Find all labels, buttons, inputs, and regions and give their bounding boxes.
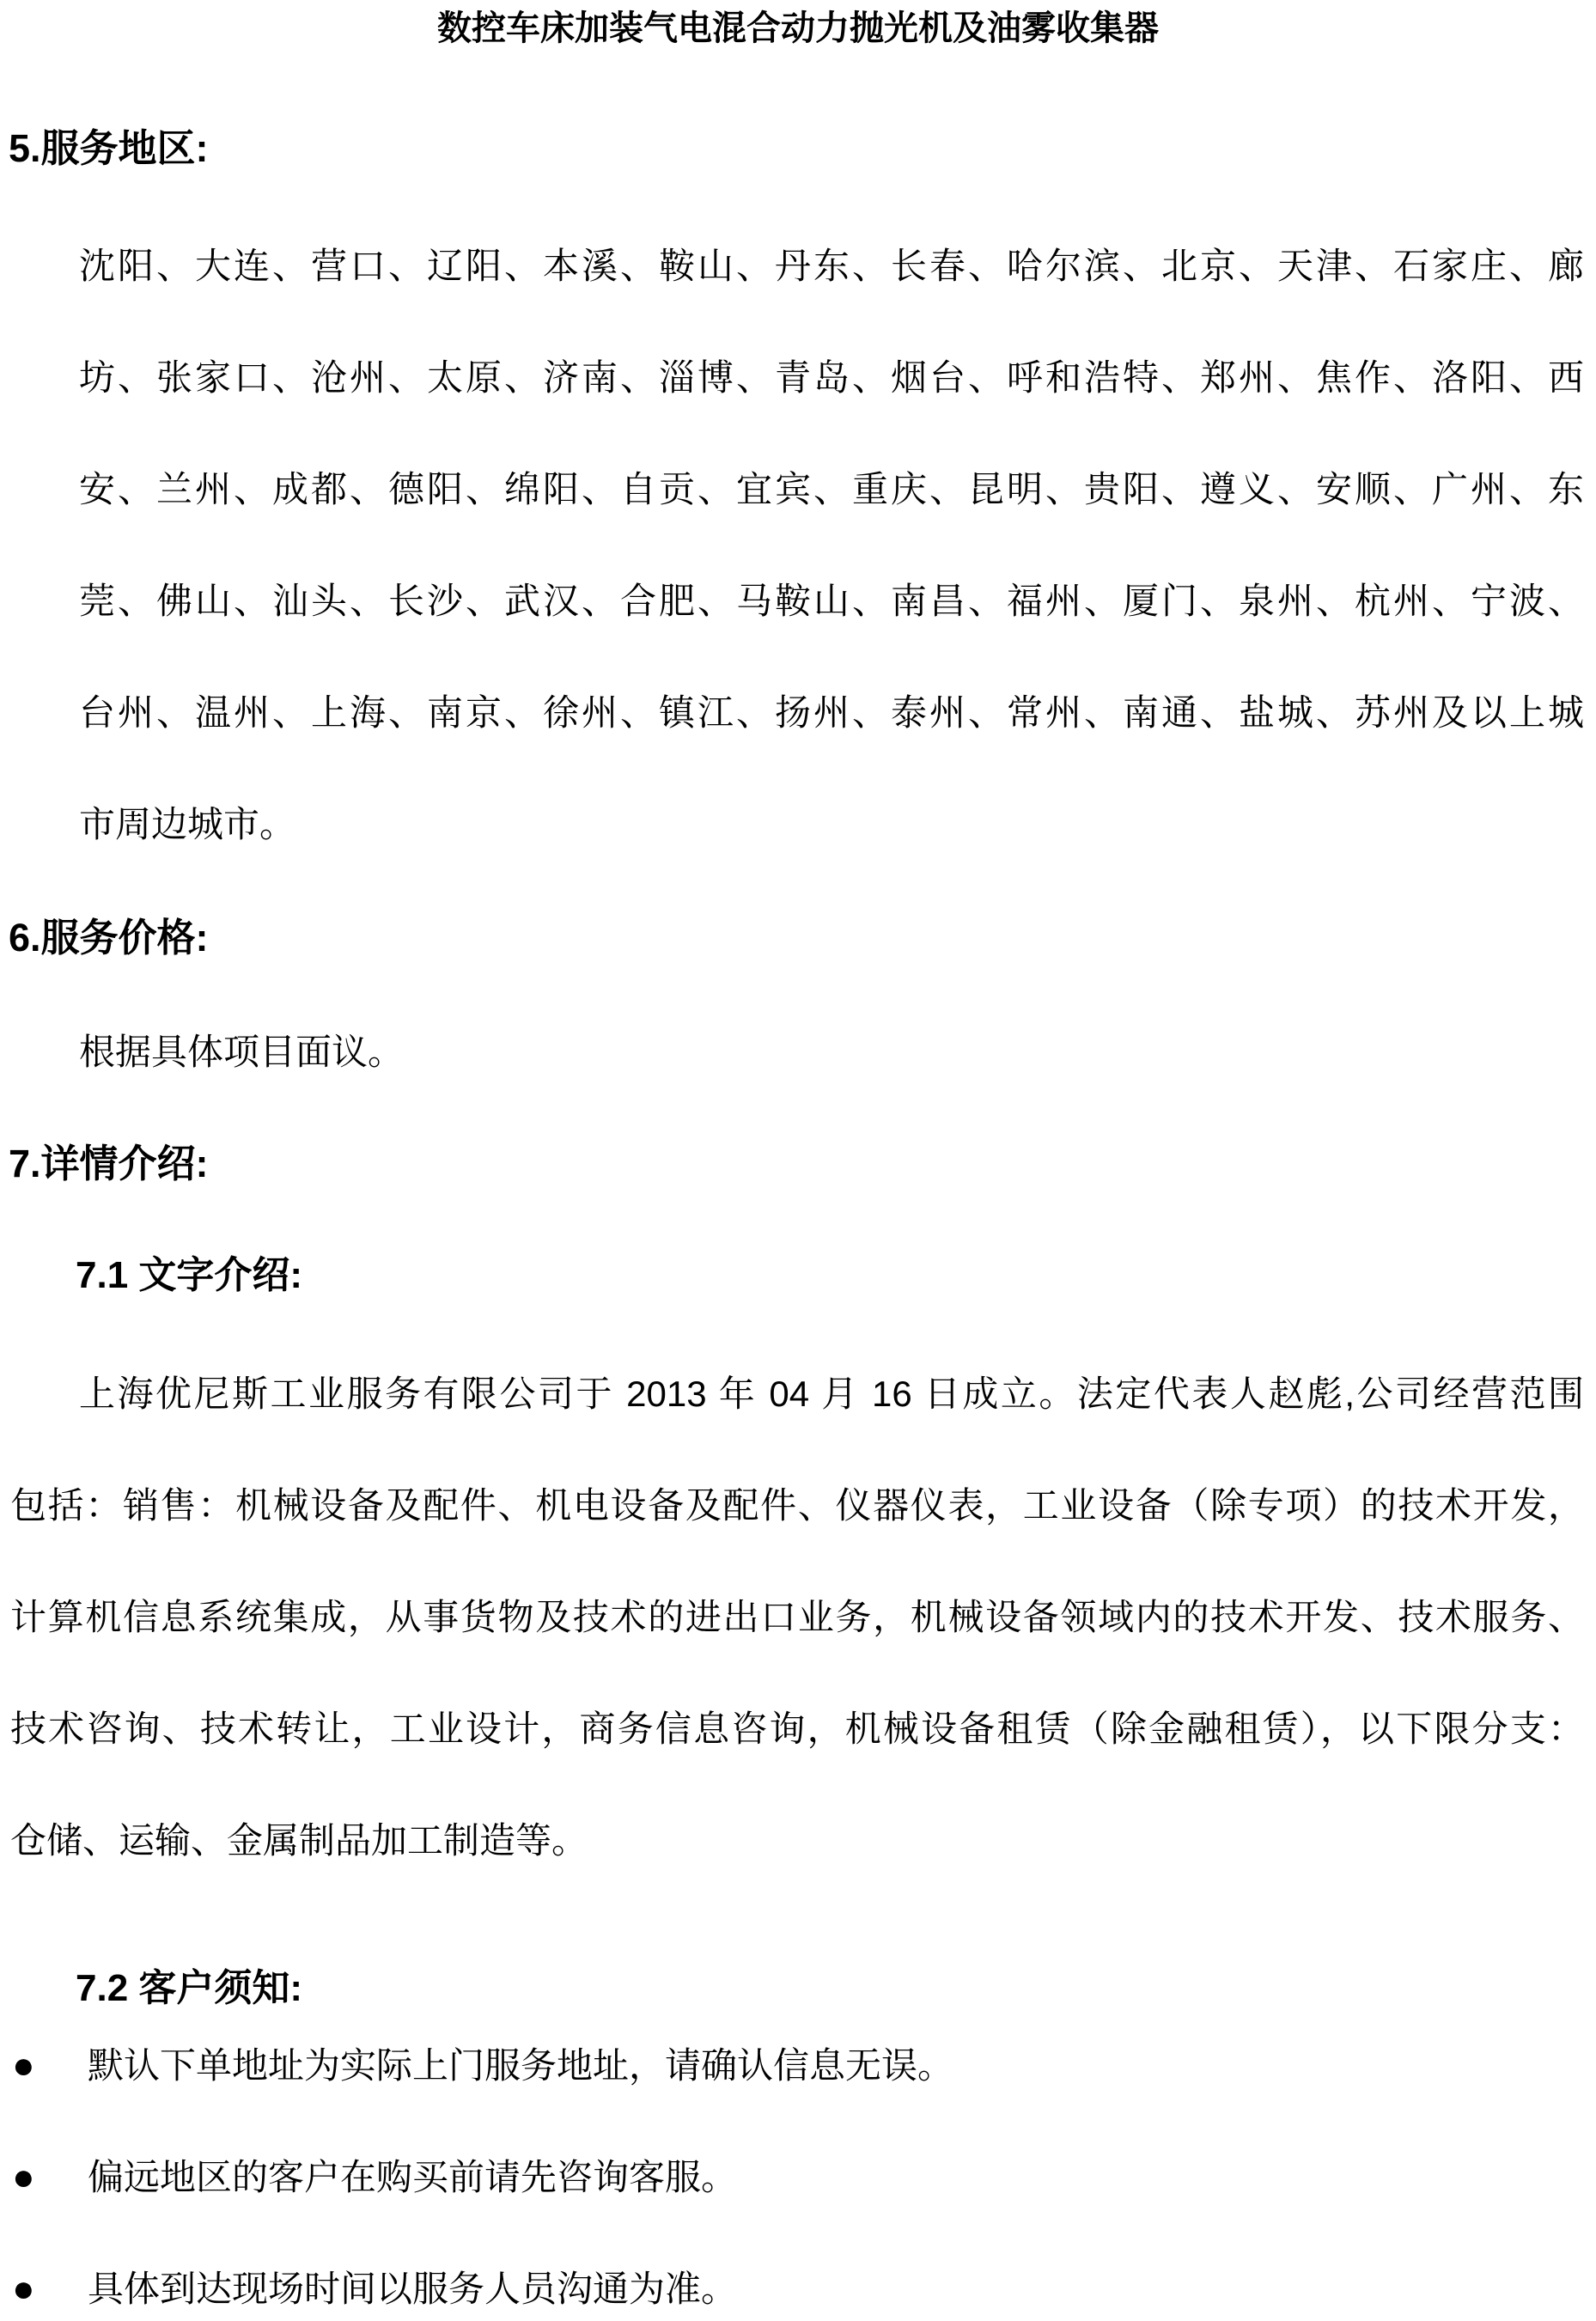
intro-paragraph-line: 仓储、运输、金属制品加工制造等。 [10, 1818, 1584, 1864]
service-area-line: 台州、温州、上海、南京、徐州、镇江、扬州、泰州、常州、南通、盐城、苏州及以上城 [79, 690, 1584, 736]
intro-paragraph-line: 上海优尼斯工业服务有限公司于 2013 年 04 月 16 日成立。法定代表人赵… [79, 1371, 1584, 1417]
section-7-2-heading: 7.2 客户须知: [76, 1965, 302, 2012]
section-6-heading: 6.服务价格: [9, 915, 209, 961]
bullet-icon: ● [12, 2266, 88, 2312]
intro-paragraph-line: 计算机信息系统集成，从事货物及技术的进出口业务，机械设备领域内的技术开发、技术服… [10, 1594, 1584, 1641]
section-7-1-heading: 7.1 文字介绍: [76, 1252, 302, 1299]
intro-paragraph-line: 包括：销售：机械设备及配件、机电设备及配件、仪器仪表，工业设备（除专项）的技术开… [10, 1483, 1584, 1529]
bullet-item: ● 默认下单地址为实际上门服务地址，请确认信息无误。 [12, 2043, 1584, 2089]
bullet-item-text: 默认下单地址为实际上门服务地址，请确认信息无误。 [88, 2043, 953, 2089]
service-area-line: 莞、佛山、汕头、长沙、武汉、合肥、马鞍山、南昌、福州、厦门、泉州、杭州、宁波、 [79, 578, 1584, 624]
bullet-item: ● 具体到达现场时间以服务人员沟通为准。 [12, 2266, 1584, 2312]
service-area-line: 坊、张家口、沧州、太原、济南、淄博、青岛、烟台、呼和浩特、郑州、焦作、洛阳、西 [79, 355, 1584, 401]
section-5-heading: 5.服务地区: [9, 125, 209, 172]
document-page: 数控车床加装气电混合动力抛光机及油雾收集器 5.服务地区: 沈阳、大连、营口、辽… [0, 0, 1596, 2321]
service-area-line: 沈阳、大连、营口、辽阳、本溪、鞍山、丹东、长春、哈尔滨、北京、天津、石家庄、廊 [79, 243, 1584, 289]
bullet-icon: ● [12, 2154, 88, 2201]
bullet-icon: ● [12, 2043, 88, 2089]
section-7-heading: 7.详情介绍: [9, 1141, 209, 1187]
service-area-line: 市周边城市。 [79, 801, 1584, 848]
page-title: 数控车床加装气电混合动力抛光机及油雾收集器 [0, 5, 1596, 52]
service-price-text: 根据具体项目面议。 [79, 1029, 1584, 1075]
intro-paragraph-line: 技术咨询、技术转让，工业设计，商务信息咨询，机械设备租赁（除金融租赁），以下限分… [10, 1706, 1584, 1752]
service-area-line: 安、兰州、成都、德阳、绵阳、自贡、宜宾、重庆、昆明、贵阳、遵义、安顺、广州、东 [79, 466, 1584, 513]
bullet-item-text: 偏远地区的客户在购买前请先咨询客服。 [88, 2154, 737, 2201]
bullet-item: ● 偏远地区的客户在购买前请先咨询客服。 [12, 2154, 1584, 2201]
bullet-item-text: 具体到达现场时间以服务人员沟通为准。 [88, 2266, 737, 2312]
